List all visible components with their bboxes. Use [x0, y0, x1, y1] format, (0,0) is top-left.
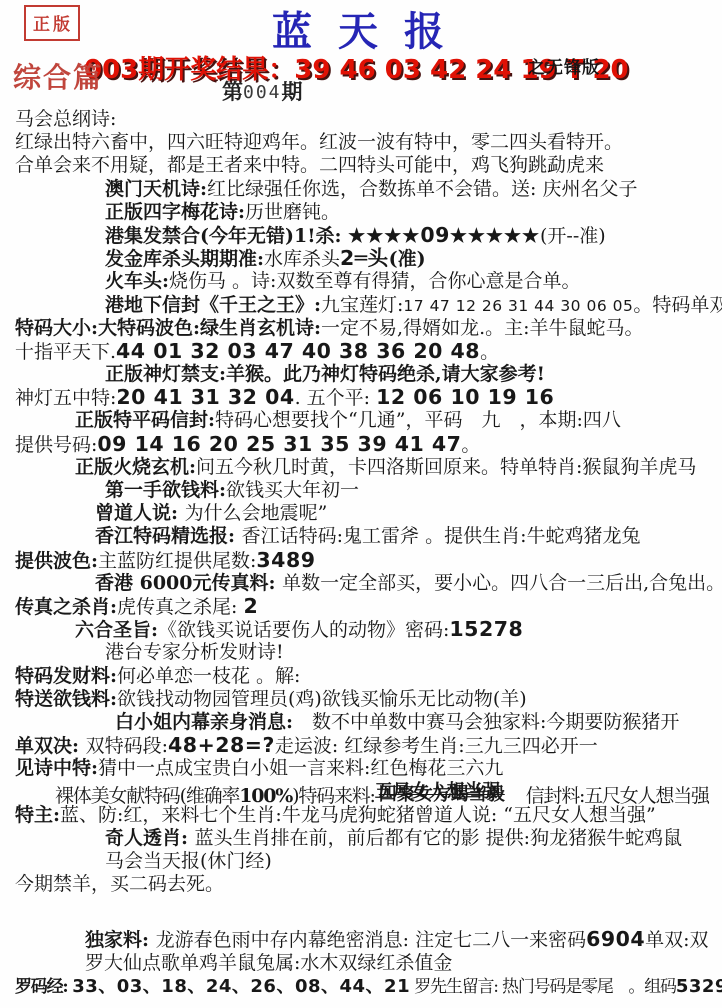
- text-line: 罗码经: 33、03、18、24、26、08、44、21 罗先生留言: 热门号码…: [15, 975, 720, 998]
- text-segment: 15278: [449, 617, 523, 641]
- text-segment: 特送欲钱料:: [15, 688, 117, 710]
- text-line: 白小姐内幕亲身消息: 数不中单数中赛马会独家料:今期要防猴猪开: [15, 711, 720, 734]
- spacer: [15, 896, 720, 928]
- text-segment: 独家料:: [85, 929, 156, 951]
- text-line: 裸体美女献特码(维确率100%)特码来料:五尺女人想当强四聚女方蝎当毅 信封料:…: [15, 780, 720, 803]
- edition-label: 之无锋版: [528, 53, 600, 78]
- text-line: 香港 6000元传真料: 单数一定全部买，要小心。四八合一三后出,合兔出。: [15, 572, 720, 595]
- genuine-stamp: 正版: [24, 5, 80, 41]
- text-segment: 六合圣旨:: [75, 619, 158, 641]
- text-segment: 走运波: 红绿参考生肖:三九三四必开一: [275, 735, 598, 757]
- newspaper-page: 蓝天报 正版 003期开奖结果：39 46 03 42 24 19 T 20 之…: [0, 0, 722, 1008]
- text-segment: 火车头:: [105, 270, 169, 292]
- text-segment: 罗大仙点歌单鸡羊鼠兔属:水木双绿红杀值金: [85, 952, 452, 974]
- text-segment: 提供波色:: [15, 550, 98, 572]
- text-line: 正版特平码信封:特码心想要找个“几通”，平码 九 ，本期:四八: [15, 409, 720, 432]
- text-segment: 6904: [586, 927, 645, 951]
- text-segment: 猜中一点成宝贵白小姐一言来料:红色梅花三六九: [98, 757, 503, 779]
- text-segment: . 五个平:: [295, 387, 377, 409]
- text-line: 独家料: 龙游春色雨中存内幕绝密消息: 注定七二八一来密码6904单双:双: [15, 928, 720, 951]
- text-segment: 红绿出特六畜中，四六旺特迎鸡年。红波一波有特中，零二四头看特开。: [15, 131, 623, 153]
- text-line: 特码发财料:何必单恋一枝花 。解:: [15, 665, 720, 688]
- text-line: 十指平天下.44 01 32 03 47 40 38 36 20 48。: [15, 340, 720, 363]
- text-line: 六合圣旨:《欲钱买说话要伤人的动物》密码:15278: [15, 618, 720, 641]
- text-line: 今期禁羊，买二码去死。: [15, 873, 720, 896]
- text-line: 火车头:烧伤马 。诗:双数至尊有得猜，合你心意是合单。: [15, 270, 720, 293]
- text-segment: 2═头: [340, 246, 389, 270]
- text-segment: 历世磨钝。: [245, 201, 340, 223]
- text-line: 港集发禁合(今年无错)1!杀: ★★★★09★★★★★(开--准): [15, 224, 720, 247]
- text-segment: 问五今秋几时黄，卡四洛斯回原来。特单特肖:猴鼠狗羊虎马: [196, 456, 696, 478]
- text-line: 传真之杀肖:虎传真之杀尾: 2: [15, 595, 720, 618]
- text-segment: ★★★★★: [450, 225, 540, 247]
- text-line: 马会总纲诗:: [15, 108, 720, 131]
- text-segment: 见诗中特:: [15, 757, 98, 779]
- text-segment: 红比绿强任你选，合数拣单不会错。送: 庆州名父子: [207, 178, 637, 200]
- text-segment: 第一手欲钱料:: [105, 479, 226, 501]
- text-line: 特码大小:大特码波色:绿生肖玄机诗:一定不易,得婿如龙.。主:羊牛鼠蛇马。: [15, 317, 720, 340]
- text-segment: 十指平天下.: [15, 341, 116, 363]
- text-segment: 龙游春色雨中存内幕绝密消息: 注定七二八一来密码: [156, 929, 586, 951]
- text-segment: 3489: [256, 548, 315, 572]
- text-line: 见诗中特:猜中一点成宝贵白小姐一言来料:红色梅花三六九: [15, 757, 720, 780]
- text-segment: 532968: [676, 976, 722, 997]
- text-segment: 为什么会地震呢”: [185, 502, 328, 524]
- text-segment: 今期禁羊，买二码去死。: [15, 873, 224, 895]
- text-segment: 44 01 32 03 47 40 38 36 20 48: [116, 339, 480, 363]
- text-segment: 蓝、防:红，来料七个生肖:牛龙马虎狗蛇猪曾道人说: “五尺女人想当强”: [60, 804, 656, 826]
- text-segment: 罗码经:: [15, 977, 72, 997]
- text-line: 第一手欲钱料:欲钱买大年初一: [15, 479, 720, 502]
- text-line: 特送欲钱料:欲钱找动物园管理员(鸡)欲钱买愉乐无比动物(羊): [15, 688, 720, 711]
- text-segment: 蓝头生肖排在前，前后都有它的影 提供:狗龙猪猴牛蛇鸡鼠: [195, 827, 682, 849]
- text-segment: 何必单恋一枝花 。解:: [117, 665, 300, 687]
- text-segment: 水库杀头: [264, 248, 340, 270]
- text-segment: 20 41 31 32 04: [116, 385, 294, 409]
- text-segment: (准): [389, 248, 426, 270]
- text-segment: 特码心想要找个“几通”，平码 九 ，本期:四八: [215, 409, 621, 431]
- issue-digits: 004: [243, 82, 282, 103]
- text-line: 单双决: 双特码段:48+28=?走运波: 红绿参考生肖:三九三四必开一: [15, 734, 720, 757]
- text-line: 正版四字梅花诗:历世磨钝。: [15, 201, 720, 224]
- text-segment: 香港 6000元传真料:: [95, 572, 282, 594]
- text-segment: (开--准): [540, 225, 606, 247]
- text-segment: 特主:: [15, 804, 60, 826]
- text-segment: 正版神灯禁支:羊猴。此乃神灯特码绝杀,请大家参考!: [105, 363, 545, 385]
- text-segment: 传真之杀肖:: [15, 596, 117, 618]
- text-segment: 。: [461, 434, 480, 456]
- text-line: 提供波色:主蓝防红提供尾数:3489: [15, 549, 720, 572]
- text-segment: 09 14 16 20 25 31 35 39 41 47: [97, 432, 461, 456]
- section-title: 综合篇: [13, 56, 103, 96]
- text-segment: 港集发禁合(今年无错)1!杀:: [105, 225, 348, 247]
- text-line: 发金库杀头期期准:水库杀头2═头(准): [15, 247, 720, 270]
- text-segment: 发金库杀头期期准:: [105, 248, 264, 270]
- text-segment: 澳门天机诗:: [105, 178, 207, 200]
- text-segment: 马会当天报(休门经): [105, 850, 272, 872]
- masthead: 蓝天报 正版 003期开奖结果：39 46 03 42 24 19 T 20 之…: [0, 0, 722, 106]
- text-segment: 白小姐内幕亲身消息:: [115, 711, 293, 733]
- text-segment: 48+28=?: [168, 733, 275, 757]
- text-segment: 港台专家分析发财诗!: [105, 641, 284, 663]
- text-line: 神灯五中特:20 41 31 32 04. 五个平: 12 06 10 19 1…: [15, 386, 720, 409]
- text-line: 香江特码精选报: 香江话特码:鬼工雷斧 。提供生肖:牛蛇鸡猪龙兔: [15, 525, 720, 548]
- text-segment: 九宝莲灯:: [321, 294, 403, 316]
- text-line: 曾道人说: 为什么会地震呢”: [15, 502, 720, 525]
- overprint-layer-b: 四聚女方蝎当毅: [379, 783, 505, 802]
- text-segment: 双特码段:: [86, 735, 168, 757]
- text-segment: ★★★★: [348, 225, 420, 247]
- text-segment: 正版四字梅花诗:: [105, 201, 245, 223]
- text-segment: 2: [243, 594, 258, 618]
- text-segment: 马会总纲诗:: [15, 108, 116, 130]
- text-segment: 绿生肖玄机诗:: [200, 317, 321, 339]
- text-line: 港台专家分析发财诗!: [15, 641, 720, 664]
- text-segment: 单双决:: [15, 735, 86, 757]
- text-segment: 一定不易,得婿如龙.。主:羊牛鼠蛇马。: [321, 317, 643, 339]
- text-line: 正版神灯禁支:羊猴。此乃神灯特码绝杀,请大家参考!: [15, 363, 720, 386]
- text-segment: 。特码单双:双: [633, 294, 722, 316]
- issue-suffix: 期: [282, 79, 303, 104]
- text-segment: 罗先生留言: 热门号码是零尾 。组码: [410, 977, 676, 997]
- text-segment: 《欲钱买说话要伤人的动物》密码:: [158, 619, 449, 641]
- text-segment: 提供号码:: [15, 434, 97, 456]
- issue-number: 第004期: [222, 76, 303, 106]
- text-segment: 特码发财料:: [15, 665, 117, 687]
- text-segment: 港地下信封《千王之王》:: [105, 294, 321, 316]
- text-segment: 主蓝防红提供尾数:: [98, 550, 256, 572]
- text-line: 提供号码:09 14 16 20 25 31 35 39 41 47。: [15, 433, 720, 456]
- text-segment: 合单会来不用疑，都是王者来中特。二四特头可能中，鸡飞狗跳勐虎来: [15, 154, 604, 176]
- text-segment: 单双:双: [645, 929, 708, 951]
- text-segment: 奇人透肖:: [105, 827, 195, 849]
- text-segment: 香江话特码:鬼工雷斧 。提供生肖:牛蛇鸡猪龙兔: [242, 525, 641, 547]
- text-segment: 香江特码精选报:: [95, 525, 242, 547]
- text-segment: 。: [480, 341, 499, 363]
- text-segment: 曾道人说:: [95, 502, 185, 524]
- text-segment: 正版特平码信封:: [75, 409, 215, 431]
- text-segment: 12 06 10 19 16: [376, 385, 554, 409]
- text-segment: 虎传真之杀尾:: [117, 596, 243, 618]
- text-line: 正版火烧玄机:问五今秋几时黄，卡四洛斯回原来。特单特肖:猴鼠狗羊虎马: [15, 456, 720, 479]
- overprinted-text: 五尺女人想当强四聚女方蝎当毅: [375, 780, 521, 802]
- body-lines: 马会总纲诗:红绿出特六畜中，四六旺特迎鸡年。红波一波有特中，零二四头看特开。合单…: [0, 106, 722, 998]
- text-line: 奇人透肖: 蓝头生肖排在前，前后都有它的影 提供:狗龙猪猴牛蛇鸡鼠: [15, 827, 720, 850]
- text-segment: 正版火烧玄机:: [75, 456, 196, 478]
- text-segment: 数不中单数中赛马会独家料:今期要防猴猪开: [293, 711, 679, 733]
- text-line: 红绿出特六畜中，四六旺特迎鸡年。红波一波有特中，零二四头看特开。: [15, 131, 720, 154]
- text-segment: 神灯五中特:: [15, 387, 116, 409]
- text-line: 澳门天机诗:红比绿强任你选，合数拣单不会错。送: 庆州名父子: [15, 178, 720, 201]
- text-segment: 烧伤马 。诗:双数至尊有得猜，合你心意是合单。: [169, 270, 580, 292]
- text-segment: 特码大小:: [15, 317, 98, 339]
- text-line: 马会当天报(休门经): [15, 850, 720, 873]
- text-line: 合单会来不用疑，都是王者来中特。二四特头可能中，鸡飞狗跳勐虎来: [15, 154, 720, 177]
- text-line: 港地下信封《千王之王》:九宝莲灯:17 47 12 26 31 44 30 06…: [15, 294, 720, 317]
- text-segment: 欲钱买大年初一: [226, 479, 359, 501]
- text-segment: 欲钱找动物园管理员(鸡)欲钱买愉乐无比动物(羊): [117, 688, 527, 710]
- text-segment: 单数一定全部买，要小心。四八合一三后出,合兔出。: [282, 572, 722, 594]
- issue-prefix: 第: [222, 79, 243, 104]
- text-line: 罗大仙点歌单鸡羊鼠兔属:水木双绿红杀值金: [15, 952, 720, 975]
- text-line: 特主:蓝、防:红，来料七个生肖:牛龙马虎狗蛇猪曾道人说: “五尺女人想当强”: [15, 804, 720, 827]
- text-segment: 大特码波色:: [98, 317, 200, 339]
- text-segment: 17 47 12 26 31 44 30 06 05: [403, 297, 633, 315]
- text-segment: 33、03、18、24、26、08、44、21: [72, 976, 410, 997]
- text-segment: 09: [420, 223, 450, 247]
